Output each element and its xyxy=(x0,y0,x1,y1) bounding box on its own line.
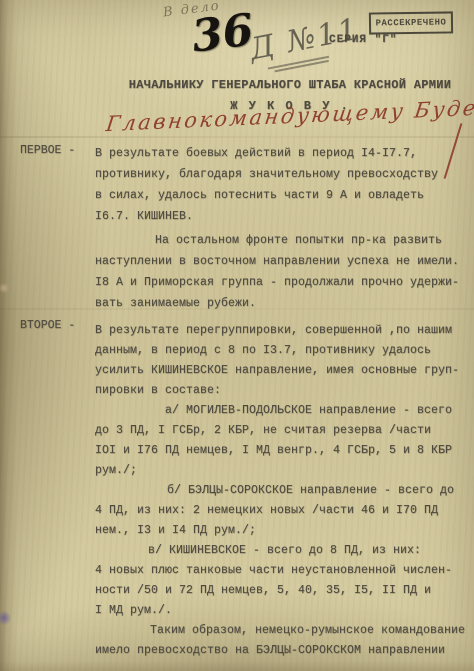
recipient-line: НАЧАЛЬНИКУ ГЕНЕРАЛЬНОГО ШТАБА КРАСНОЙ АР… xyxy=(112,78,468,92)
paper-crease xyxy=(0,136,474,138)
ink-blot xyxy=(0,610,11,626)
section-label-pervoe: ПЕРВОЕ - xyxy=(20,144,100,157)
paragraph-conclusion: Таким образом, немецко-румынское командо… xyxy=(95,621,471,661)
declassified-stamp: РАССЕКРЕЧЕНО xyxy=(369,11,453,34)
paragraph-item-a: а/ МОГИЛЕВ-ПОДОЛЬСКОЕ направление - всег… xyxy=(95,401,471,481)
paragraph-item-v: в/ КИШИНЕВСКОЕ - всего до 8 ПД, из них: … xyxy=(95,541,471,621)
declassified-stamp-text: РАССЕКРЕЧЕНО xyxy=(376,18,447,29)
section-label-vtoroe: ВТОРОЕ - xyxy=(20,319,100,332)
paragraph: В результате боевых действий в период I4… xyxy=(95,143,471,227)
paragraph-item-b: б/ БЭЛЦЫ-СОРОКСКОЕ направление - всего д… xyxy=(95,481,471,541)
document-page: В дело 36 Д №11 РАССЕКРЕЧЕНО СЕРИЯ "Г" Н… xyxy=(0,0,474,671)
series-label: СЕРИЯ "Г" xyxy=(329,34,397,46)
paragraph: На остальном фронте попытки пр-ка развит… xyxy=(95,230,471,314)
document-body: В результате боевых действий в период I4… xyxy=(95,143,471,661)
paper-mark xyxy=(0,283,10,293)
paragraph: В результате перегруппировки, совершенно… xyxy=(95,321,471,401)
